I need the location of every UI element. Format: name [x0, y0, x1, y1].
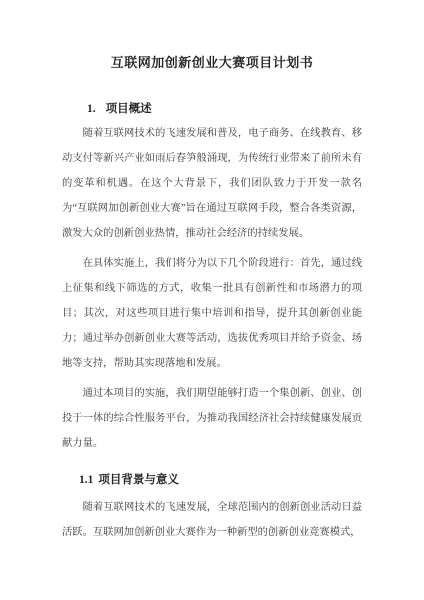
paragraph: 随着互联网技术的飞速发展和普及，电子商务、在线教育、移动支付等新兴产业如雨后春笋… [62, 121, 362, 247]
section-heading-1: 1.项目概述 [87, 101, 362, 117]
document-content: 互联网加创新创业大赛项目计划书 1.项目概述 随着互联网技术的飞速发展和普及，电… [62, 0, 362, 546]
heading-number: 1.1 [79, 474, 93, 486]
document-title: 互联网加创新创业大赛项目计划书 [62, 54, 362, 72]
heading-text: 项目概述 [106, 103, 152, 115]
heading-text: 项目背景与意义 [98, 474, 179, 486]
paragraph: 随着互联网技术的飞速发展，全球范围内的创新创业活动日益活跃。互联网加创新创业大赛… [62, 495, 362, 545]
document-page: 互联网加创新创业大赛项目计划书 1.项目概述 随着互联网技术的飞速发展和普及，电… [0, 0, 424, 600]
paragraph: 通过本项目的实施，我们期望能够打造一个集创新、创业、创投于一体的综合性服务平台，… [62, 381, 362, 457]
section-heading-1-1: 1.1项目背景与意义 [79, 472, 362, 488]
paragraph: 在具体实施上，我们将分为以下几个阶段进行：首先，通过线上征集和线下筛选的方式，收… [62, 251, 362, 377]
heading-number: 1. [87, 103, 96, 115]
